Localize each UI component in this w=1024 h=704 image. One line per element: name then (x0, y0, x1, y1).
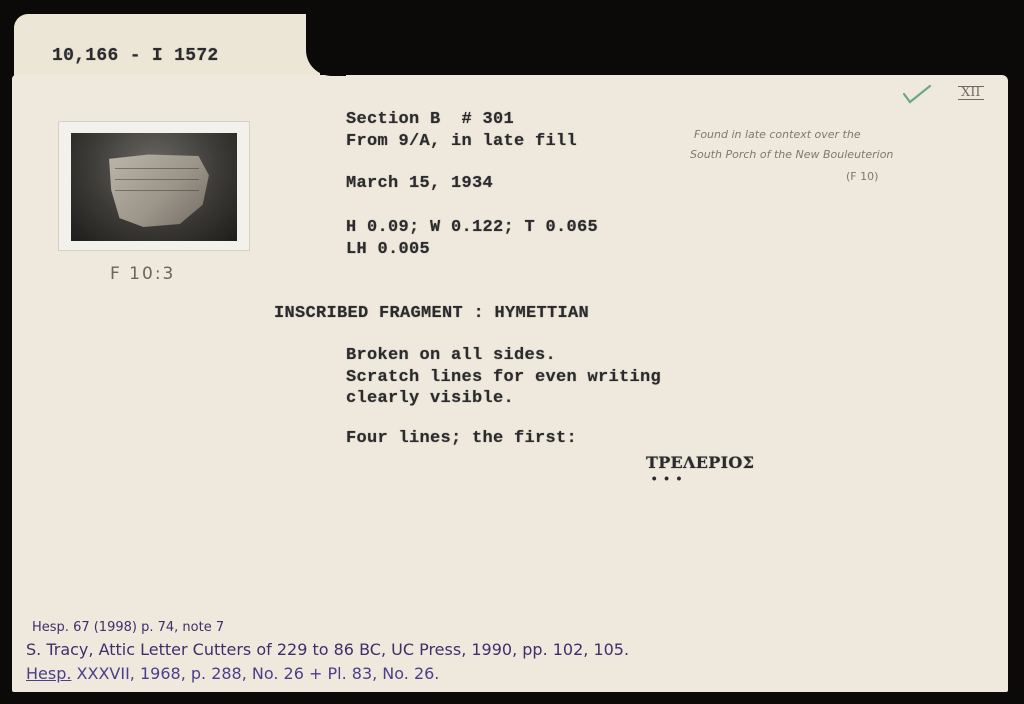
reference-3-citation: XXXVII, 1968, p. 288, No. 26 + Pl. 83, N… (71, 664, 439, 683)
corner-mark: XII (958, 86, 984, 100)
object-title: INSCRIBED FRAGMENT : HYMETTIAN (274, 304, 589, 323)
fragment-photo (71, 133, 237, 241)
tab-notch (306, 14, 346, 76)
pencil-note-line-3: (F 10) (846, 170, 878, 183)
inscription-first-line: ΤΡΕΛΕΡΙΟΣ (646, 453, 754, 472)
pencil-note-line-2: South Porch of the New Bouleuterion (690, 148, 893, 161)
photo-mount (58, 121, 250, 251)
date: March 15, 1934 (346, 174, 493, 193)
check-icon (902, 84, 932, 104)
letter-height: LH 0.005 (346, 240, 430, 259)
section-number: Section B # 301 (346, 110, 514, 129)
description-line-3: clearly visible. (346, 389, 514, 408)
provenance: From 9/A, in late fill (346, 132, 577, 151)
pencil-note-line-1: Found in late context over the (694, 128, 861, 141)
reference-1: Hesp. 67 (1998) p. 74, note 7 (32, 620, 224, 635)
lines-intro: Four lines; the first: (346, 429, 577, 448)
uncertain-letter-dots: ••• (650, 472, 687, 488)
inscription-lines-image (115, 161, 199, 201)
photo-label: F 10:3 (110, 264, 175, 284)
reference-2: S. Tracy, Attic Letter Cutters of 229 to… (26, 640, 629, 659)
description-line-1: Broken on all sides. (346, 346, 556, 365)
dimensions: H 0.09; W 0.122; T 0.065 (346, 218, 598, 237)
reference-3-journal: Hesp. (26, 664, 71, 683)
description-line-2: Scratch lines for even writing (346, 368, 661, 387)
catalog-number: 10,166 - I 1572 (52, 46, 219, 66)
reference-3: Hesp. XXXVII, 1968, p. 288, No. 26 + Pl.… (26, 664, 439, 683)
